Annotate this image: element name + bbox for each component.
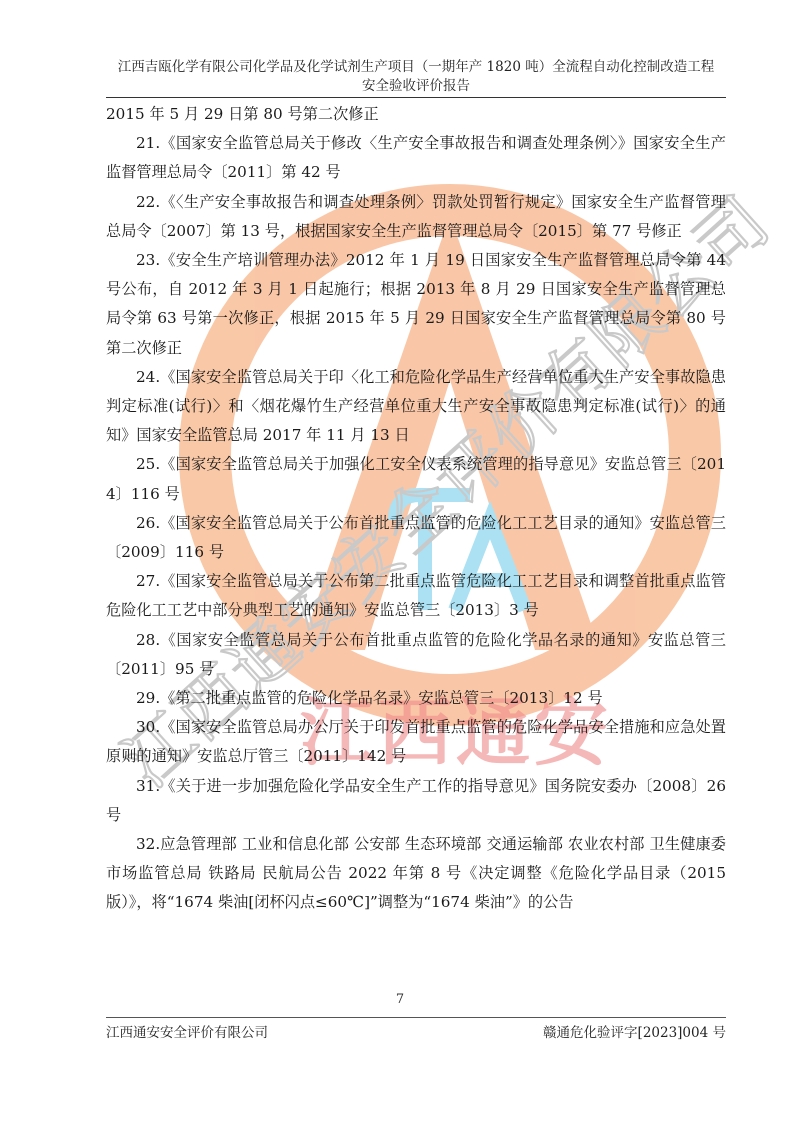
body-paragraph: 28.《国家安全监管总局关于公布首批重点监管的危险化学品名录的通知》安监总管三〔… — [106, 626, 726, 684]
document-page: 江西吉瓯化学有限公司化学品及化学试剂生产项目（一期年产 1820 吨）全流程自动… — [0, 0, 800, 1131]
body-paragraph: 22.《〈生产安全事故报告和调查处理条例〉罚款处罚暂行规定》国家安全生产监督管理… — [106, 188, 726, 246]
body-paragraph: 32.应急管理部 工业和信息化部 公安部 生态环境部 交通运输部 农业农村部 卫… — [106, 830, 726, 918]
footer-divider — [106, 1017, 726, 1018]
body-paragraph: 31.《关于进一步加强危险化学品安全生产工作的指导意见》国务院安委办〔2008〕… — [106, 772, 726, 830]
footer-report-number: 赣通危化验评字[2023]004 号 — [543, 1021, 726, 1041]
body-paragraph: 25.《国家安全监管总局关于加强化工安全仪表系统管理的指导意见》安监总管三〔20… — [106, 450, 726, 508]
header-title-line1: 江西吉瓯化学有限公司化学品及化学试剂生产项目（一期年产 1820 吨）全流程自动… — [106, 58, 726, 77]
footer-company: 江西通安安全评价有限公司 — [106, 1021, 268, 1041]
body-paragraph: 24.《国家安全监管总局关于印〈化工和危险化学品生产经营单位重大生产安全事故隐患… — [106, 363, 726, 451]
body-paragraph: 23.《安全生产培训管理办法》2012 年 1 月 19 日国家安全生产监督管理… — [106, 246, 726, 363]
header-divider — [106, 97, 726, 98]
body-paragraph: 26.《国家安全监管总局关于公布首批重点监管的危险化工工艺目录的通知》安监总管三… — [106, 509, 726, 567]
body-paragraph: 29.《第二批重点监管的危险化学品名录》安监总管三〔2013〕12 号 — [106, 684, 726, 713]
body-paragraph: 2015 年 5 月 29 日第 80 号第二次修正 — [106, 100, 726, 129]
header-title-line2: 安全验收评价报告 — [106, 77, 726, 96]
page-footer: 江西通安安全评价有限公司 赣通危化验评字[2023]004 号 — [106, 1021, 726, 1041]
page-number: 7 — [0, 992, 800, 1007]
body-paragraph: 21.《国家安全监管总局关于修改〈生产安全事故报告和调查处理条例〉》国家安全生产… — [106, 129, 726, 187]
body-paragraph: 27.《国家安全监管总局关于公布第二批重点监管危险化工工艺目录和调整首批重点监管… — [106, 567, 726, 625]
page-header: 江西吉瓯化学有限公司化学品及化学试剂生产项目（一期年产 1820 吨）全流程自动… — [106, 58, 726, 96]
document-body: 2015 年 5 月 29 日第 80 号第二次修正21.《国家安全监管总局关于… — [106, 100, 726, 918]
body-paragraph: 30.《国家安全监管总局办公厅关于印发首批重点监管的危险化学品安全措施和应急处置… — [106, 713, 726, 771]
